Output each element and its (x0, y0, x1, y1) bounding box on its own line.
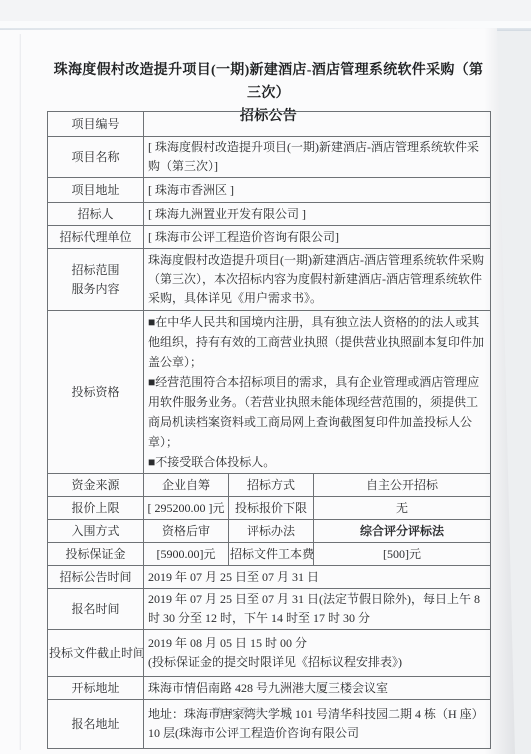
row-value: 企业自筹 (144, 474, 229, 497)
row-value: [5900.00]元 (144, 543, 229, 566)
title-line-1: 珠海度假村改造提升项目(一期)新建酒店-酒店管理系统软件采购（第三次） (47, 59, 490, 105)
table-row-registration-time: 报名时间 2019 年 07 月 25 日至 07 月 31 日(法定节假日除外… (48, 589, 491, 630)
row-value: 资格后审 (144, 520, 229, 543)
announcement-table: 项目编号 项目名称 [ 珠海度假村改造提升项目(一期)新建酒店-酒店管理系统软件… (47, 111, 491, 749)
table-row-bid-bond: 投标保证金 [5900.00]元 招标文件工本费 [500]元 (48, 543, 491, 566)
row-label: 招标代理单位 (48, 226, 144, 249)
table-row-agency: 招标代理单位 [ 珠海市公评工程造价咨询有限公司] (48, 226, 491, 249)
row-label: 报价上限 (48, 497, 144, 520)
row-label: 资金来源 (48, 474, 144, 497)
table-row-announcement-period: 招标公告时间 2019 年 07 月 25 日至 07 月 31 日 (48, 566, 491, 589)
table-row-project-name: 项目名称 [ 珠海度假村改造提升项目(一期)新建酒店-酒店管理系统软件采购（第三… (48, 137, 491, 178)
table-row-submission-deadline: 投标文件截止时间 2019 年 08 月 05 日 15 时 00 分 (投标保… (48, 630, 491, 677)
row-label: 投标资格 (48, 311, 144, 474)
row-label: 投标报价下限 (229, 497, 314, 520)
page-footer: 第 1 页 共 3 页 (0, 705, 506, 718)
row-value: ■在中华人民共和国境内注册，具有独立法人资格的的法人或其他组织，持有有效的工商营… (144, 311, 491, 474)
row-label: 招标范围 服务内容 (48, 249, 144, 311)
row-value: [ 珠海九洲置业开发有限公司 ] (144, 203, 491, 226)
row-value: [500]元 (314, 543, 491, 566)
row-value: 无 (314, 497, 491, 520)
row-label: 投标保证金 (48, 543, 144, 566)
qualification-item: ■经营范围符合本招标项目的需求，具有企业管理或酒店管理应用软件服务业务。（若营业… (148, 372, 486, 452)
row-label-line-2: 服务内容 (49, 280, 142, 299)
table-row-project-address: 项目地址 [ 珠海市香洲区 ] (48, 178, 491, 203)
row-label: 招标方式 (229, 474, 314, 497)
row-label: 项目名称 (48, 137, 144, 178)
row-value: [ 珠海市香洲区 ] (144, 178, 491, 203)
row-label: 项目地址 (48, 178, 144, 203)
row-label: 项目编号 (48, 112, 144, 137)
row-label: 评标办法 (229, 520, 314, 543)
row-label: 开标地址 (48, 677, 144, 700)
table-row-shortlist-method: 入围方式 资格后审 评标办法 综合评分评标法 (48, 520, 491, 543)
document-content: 珠海度假村改造提升项目(一期)新建酒店-酒店管理系统软件采购（第三次） 招标公告… (0, 0, 531, 754)
row-label: 招标人 (48, 203, 144, 226)
row-value: 综合评分评标法 (314, 520, 491, 543)
row-label: 报名时间 (48, 589, 144, 630)
row-value: 珠海市情侣南路 428 号九洲港大厦三楼会议室 (144, 677, 491, 700)
deadline-line-2: (投标保证金的提交时限详见《招标议程安排表》) (148, 653, 486, 672)
scanned-page: 珠海度假村改造提升项目(一期)新建酒店-酒店管理系统软件采购（第三次） 招标公告… (0, 0, 531, 754)
table-row-opening-address: 开标地址 珠海市情侣南路 428 号九洲港大厦三楼会议室 (48, 677, 491, 700)
table-row-project-number: 项目编号 (48, 112, 491, 137)
row-label: 招标文件工本费 (229, 543, 314, 566)
row-value (144, 112, 491, 137)
row-value: 2019 年 07 月 25 日至 07 月 31 日 (144, 566, 491, 589)
row-value: 珠海度假村改造提升项目(一期)新建酒店-酒店管理系统软件采购（第三次），本次招标… (144, 249, 491, 311)
row-value: 2019 年 07 月 25 日至 07 月 31 日(法定节假日除外)，每日上… (144, 589, 491, 630)
table-row-funding: 资金来源 企业自筹 招标方式 自主公开招标 (48, 474, 491, 497)
qualification-item: ■在中华人民共和国境内注册，具有独立法人资格的的法人或其他组织，持有有效的工商营… (148, 312, 486, 372)
row-value: [ 珠海度假村改造提升项目(一期)新建酒店-酒店管理系统软件采购（第三次）] (144, 137, 491, 178)
qualification-item: ■不接受联合体投标人。 (148, 452, 486, 472)
row-label: 入围方式 (48, 520, 144, 543)
table-row-tenderee: 招标人 [ 珠海九洲置业开发有限公司 ] (48, 203, 491, 226)
row-value: 自主公开招标 (314, 474, 491, 497)
row-value: [ 珠海市公评工程造价咨询有限公司] (144, 226, 491, 249)
row-value: [ 295200.00 ]元 (144, 497, 229, 520)
row-label: 投标文件截止时间 (48, 630, 144, 677)
row-value: 2019 年 08 月 05 日 15 时 00 分 (投标保证金的提交时限详见… (144, 630, 491, 677)
row-label: 招标公告时间 (48, 566, 144, 589)
table-row-price-cap: 报价上限 [ 295200.00 ]元 投标报价下限 无 (48, 497, 491, 520)
row-label-line-1: 招标范围 (49, 261, 142, 280)
deadline-line-1: 2019 年 08 月 05 日 15 时 00 分 (148, 634, 486, 653)
table-row-qualification: 投标资格 ■在中华人民共和国境内注册，具有独立法人资格的的法人或其他组织，持有有… (48, 311, 491, 474)
table-row-scope: 招标范围 服务内容 珠海度假村改造提升项目(一期)新建酒店-酒店管理系统软件采购… (48, 249, 491, 311)
